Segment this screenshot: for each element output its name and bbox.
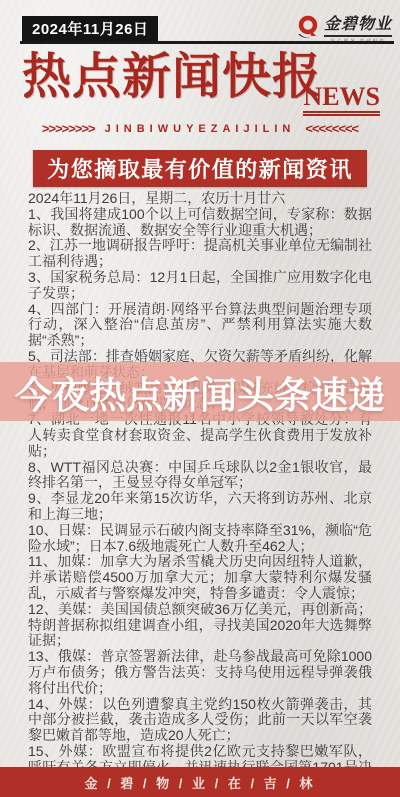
page-title: 热点新闻快报 <box>22 52 322 103</box>
news-item-3: 3、国家税务总局：12月1日起，全国推广应用数字化电子发票； <box>28 270 372 302</box>
news-item-14: 14、外媒：以色列遭黎真主党约150枚火箭弹袭击，其中部分被拦截，袭击造成多人受… <box>28 697 372 744</box>
watermark-text: 今夜热点新闻头条速递 <box>15 365 385 419</box>
news-item-13: 13、俄媒：普京签署新法律，赴乌参战最高可免除1000万卢布债务；俄方警告法英：… <box>28 649 372 696</box>
brand-logo: 金碧物业 匠心服务 真诚相伴 <box>296 11 392 45</box>
news-item-1: 1、我国将建成100个以上可信数据空间，专家称：数据标识、数据流通、数据安全等行… <box>28 207 372 239</box>
news-item-11: 11、加媒：加拿大为屠杀雪橇犬历史向因纽特人道歉，并承诺赔偿4500万加拿大元；… <box>28 554 372 601</box>
news-list: 2024年11月26日，星期二，农历十月廿六 1、我国将建成100个以上可信数据… <box>28 191 372 791</box>
news-poster: 2024年11月26日 金碧物业 匠心服务 真诚相伴 热点新闻快报 NEWS >… <box>0 0 400 797</box>
news-item-8: 8、WTT福冈总决赛：中国乒乓球队以2金1银收官，最终排名第一，王曼昱夺得女单冠… <box>28 460 372 492</box>
footer-text: 金 / 碧 / 物 / 业 / 在 / 吉 / 林 <box>84 773 315 792</box>
header-divider <box>20 41 394 44</box>
news-item-2: 2、江苏一地调研报告呼吁：提高机关事业单位无编制社工福利待遇； <box>28 238 372 270</box>
brand-text: 金碧物业 匠心服务 真诚相伴 <box>324 11 392 45</box>
value-banner-text: 为您摘取最有价值的新闻资讯 <box>47 153 353 184</box>
brand-logo-icon <box>296 15 320 41</box>
news-item-10: 10、日媒：民调显示石破内阁支持率降至31%，濒临“危险水域”；日本7.6级地震… <box>28 523 372 555</box>
date-text: 2024年11月26日 <box>32 21 148 38</box>
news-item-4: 4、四部门：开展清朗·网络平台算法典型问题治理专项行动，深入整治“信息茧房”、严… <box>28 302 372 349</box>
subtitle-row: >>>>>>>> JINBIWUYEZAIJILIN <<<<<<<< <box>0 121 400 136</box>
date-box: 2024年11月26日 <box>22 16 158 42</box>
news-label: NEWS <box>303 84 380 116</box>
brand-name: 金碧物业 <box>324 11 392 37</box>
watermark-band: 今夜热点新闻头条速递 <box>0 362 400 421</box>
news-item-9: 9、李显龙20年来第15次访华，六天将到访苏州、北京和上海三地； <box>28 491 372 523</box>
left-arrows-icon: >>>>>>>> <box>42 121 95 136</box>
footer-bar: 金 / 碧 / 物 / 业 / 在 / 吉 / 林 <box>0 767 400 797</box>
value-banner: 为您摘取最有价值的新闻资讯 <box>33 150 367 187</box>
right-arrows-icon: <<<<<<<< <box>305 121 358 136</box>
news-item-12: 12、美媒：美国国债总额突破36万亿美元，再创新高；特朗普据称拟组建调查小组，寻… <box>28 602 372 649</box>
news-date-line: 2024年11月26日，星期二，农历十月廿六 <box>28 191 372 207</box>
subtitle-text: JINBIWUYEZAIJILIN <box>105 123 296 135</box>
